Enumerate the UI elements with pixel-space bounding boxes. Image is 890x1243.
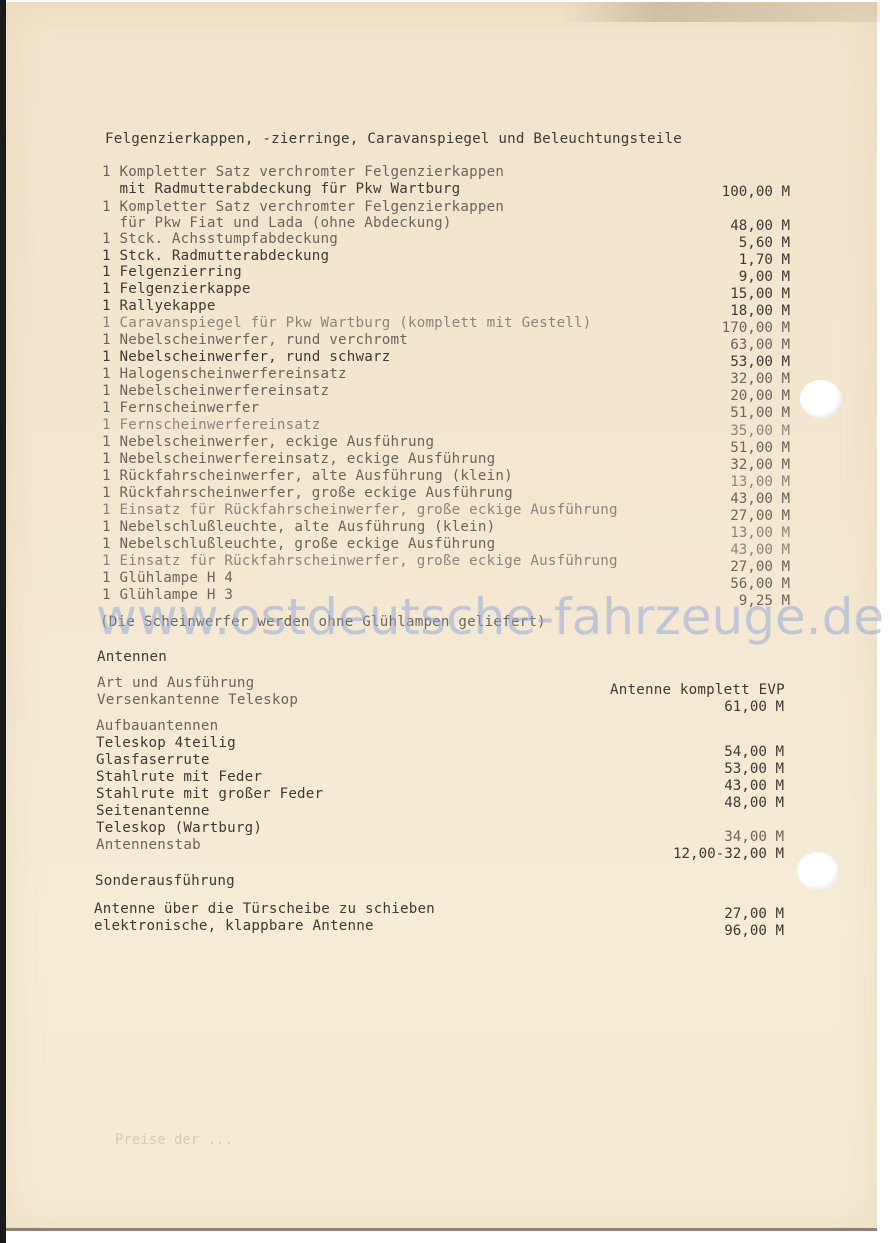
antenna-price: 12,00-32,00 M [624, 846, 784, 863]
item-line: 1 Halogenscheinwerfereinsatz [102, 366, 347, 383]
item-price: 51,00 M [630, 440, 790, 457]
antenna-price: 43,00 M [624, 778, 784, 795]
antenna-price: 48,00 M [624, 795, 784, 812]
item-line: 1 Nebelscheinwerfer, eckige Ausführung [102, 434, 434, 451]
item-price: 15,00 M [630, 286, 790, 303]
sonder-price: 96,00 M [624, 923, 784, 940]
item-price: 53,00 M [630, 354, 790, 371]
item-price: 18,00 M [630, 303, 790, 320]
item-line: 1 Einsatz für Rückfahrscheinwerfer, groß… [102, 553, 618, 570]
punch-hole [797, 852, 839, 890]
item-line: für Pkw Fiat und Lada (ohne Abdeckung) [102, 215, 452, 232]
item-price: 13,00 M [630, 474, 790, 491]
antenna-item: Antennenstab [96, 837, 201, 854]
item-price: 32,00 M [630, 371, 790, 388]
antenna-item: Teleskop 4teilig [96, 735, 236, 752]
item-price: 13,00 M [630, 525, 790, 542]
item-line: mit Radmutterabdeckung für Pkw Wartburg [102, 181, 460, 198]
sonder-price: 27,00 M [624, 906, 784, 923]
item-price: 9,00 M [630, 269, 790, 286]
section-heading-antennen: Antennen [97, 649, 167, 666]
item-price: 35,00 M [630, 423, 790, 440]
antenna-item: Glasfaserrute [96, 752, 210, 769]
item-price: 51,00 M [630, 405, 790, 422]
column-header-art: Art und Ausführung [97, 675, 254, 692]
column-header-evp: Antenne komplett EVP [610, 682, 785, 699]
item-line: 1 Fernscheinwerfereinsatz [102, 417, 321, 434]
antenna-item: Seitenantenne [96, 803, 210, 820]
item-line: 1 Kompletter Satz verchromter Felgenzier… [102, 164, 504, 181]
item-line: 1 Felgenzierkappe [102, 281, 251, 298]
antenna-price: 53,00 M [624, 761, 784, 778]
page-edge-shadow [6, 1228, 877, 1231]
item-line: 1 Nebelscheinwerfer, rund schwarz [102, 349, 390, 366]
item-price: 27,00 M [630, 508, 790, 525]
item-line: 1 Nebelschlußleuchte, große eckige Ausfü… [102, 536, 495, 553]
item-price: 27,00 M [630, 559, 790, 576]
sonder-item: elektronische, klappbare Antenne [94, 918, 374, 935]
item-line: 1 Nebelscheinwerfereinsatz, eckige Ausfü… [102, 451, 495, 468]
item-line: 1 Nebelschlußleuchte, alte Ausführung (k… [102, 519, 495, 536]
item-line: 1 Rallyekappe [102, 298, 216, 315]
item-price: 5,60 M [630, 235, 790, 252]
item-line: 1 Rückfahrscheinwerfer, große eckige Aus… [102, 485, 513, 502]
item-price: 32,00 M [630, 457, 790, 474]
item-line: 1 Glühlampe H 4 [102, 570, 233, 587]
item-line: 1 Fernscheinwerfer [102, 400, 259, 417]
antenna-item: Teleskop (Wartburg) [96, 820, 262, 837]
sonder-item: Antenne über die Türscheibe zu schieben [94, 901, 435, 918]
item-line: 1 Nebelscheinwerfereinsatz [102, 383, 329, 400]
section-heading-sonder: Sonderausführung [95, 873, 235, 890]
item-line: 1 Stck. Radmutterabdeckung [102, 248, 329, 265]
item-price: 43,00 M [630, 542, 790, 559]
watermark-url: www.ostdeutsche-fahrzeuge.de [96, 588, 884, 646]
item-line: 1 Einsatz für Rückfahrscheinwerfer, groß… [102, 502, 618, 519]
item-price: 1,70 M [630, 252, 790, 269]
antenna-price: 34,00 M [624, 829, 784, 846]
item-line: 1 Rückfahrscheinwerfer, alte Ausführung … [102, 468, 513, 485]
item-price: 20,00 M [630, 388, 790, 405]
item-line: 1 Caravanspiegel für Pkw Wartburg (kompl… [102, 315, 592, 332]
item-line: 1 Stck. Achsstumpfabdeckung [102, 231, 338, 248]
item-price: 43,00 M [630, 491, 790, 508]
page-title: Felgenzierkappen, -zierringe, Caravanspi… [105, 131, 682, 148]
bleed-through-text: Preise der ... [115, 1132, 241, 1148]
antenna-item: Versenkantenne Teleskop [97, 692, 298, 709]
antenna-price: 61,00 M [624, 699, 784, 716]
subheading-aufbauantennen: Aufbauantennen [96, 718, 218, 735]
punch-hole [800, 380, 842, 418]
item-line: 1 Felgenzierring [102, 264, 242, 281]
item-line: 1 Nebelscheinwerfer, rund verchromt [102, 332, 408, 349]
paper-stain [560, 2, 880, 22]
item-price: 170,00 M [630, 320, 790, 337]
antenna-item: Stahlrute mit Feder [96, 769, 262, 786]
item-line: 1 Kompletter Satz verchromter Felgenzier… [102, 199, 504, 216]
item-price: 100,00 M [630, 184, 790, 201]
antenna-item: Stahlrute mit großer Feder [96, 786, 323, 803]
item-price: 48,00 M [630, 218, 790, 235]
item-price: 63,00 M [630, 337, 790, 354]
antenna-price: 54,00 M [624, 744, 784, 761]
